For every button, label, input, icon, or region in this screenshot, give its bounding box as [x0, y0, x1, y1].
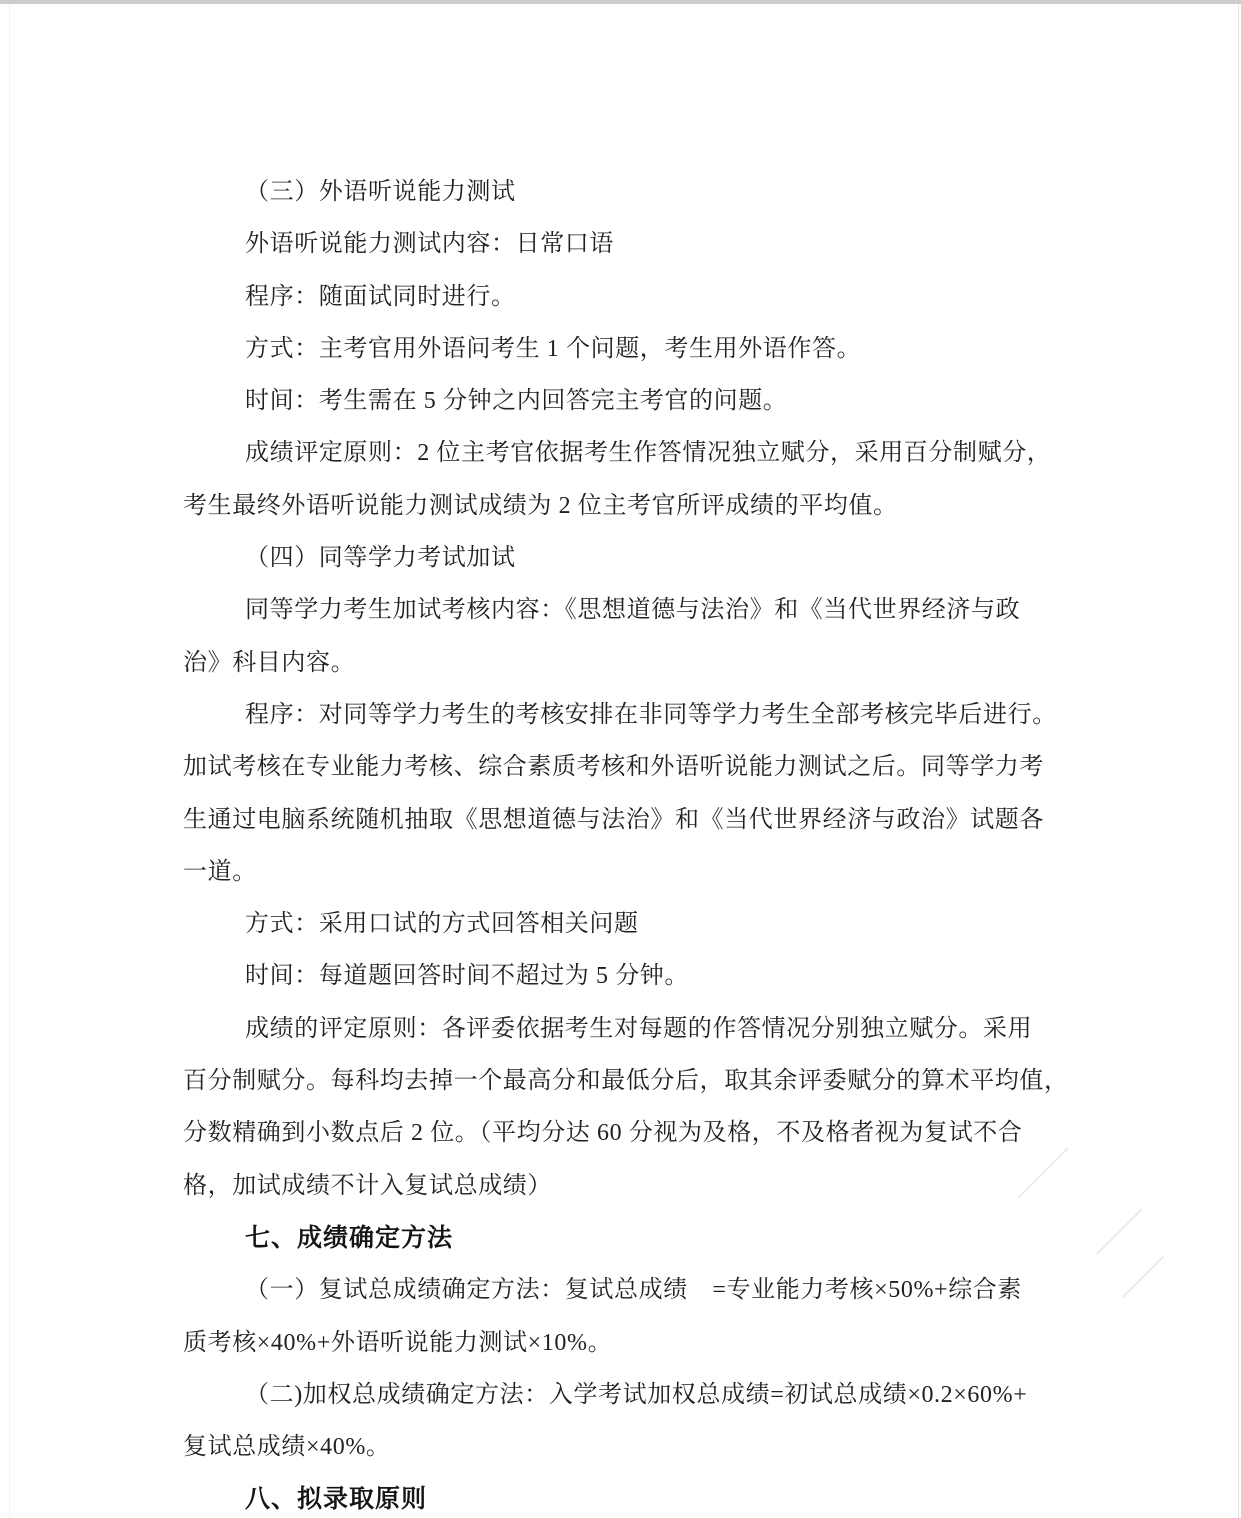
page-top-edge — [0, 0, 1241, 4]
text-line: 方式：采用口试的方式回答相关问题 — [183, 898, 1063, 950]
text-line: 格，加试成绩不计入复试总成绩） — [183, 1160, 1063, 1212]
text-line: 成绩评定原则：2 位主考官依据考生作答情况独立赋分，采用百分制赋分， — [183, 427, 1063, 479]
text-line: 质考核×40%+外语听说能力测试×10%。 — [183, 1317, 1063, 1369]
text-line: 生通过电脑系统随机抽取《思想道德与法治》和《当代世界经济与政治》试题各 — [183, 794, 1063, 846]
text-line: 考生最终外语听说能力测试成绩为 2 位主考官所评成绩的平均值。 — [183, 480, 1063, 532]
text-line: 百分制赋分。每科均去掉一个最高分和最低分后，取其余评委赋分的算术平均值， — [183, 1055, 1063, 1107]
page-right-edge — [1238, 4, 1239, 1518]
subsection-3-heading: （三）外语听说能力测试 — [183, 166, 1063, 218]
page-left-edge — [9, 4, 10, 1518]
text-line: 一道。 — [183, 846, 1063, 898]
text-line: （二)加权总成绩确定方法：入学考试加权总成绩=初试总成绩×0.2×60%+ — [183, 1369, 1063, 1421]
text-line: 成绩的评定原则：各评委依据考生对每题的作答情况分别独立赋分。采用 — [183, 1003, 1063, 1055]
text-line: 复试总成绩×40%。 — [183, 1421, 1063, 1473]
text-line: 时间：考生需在 5 分钟之内回答完主考官的问题。 — [183, 375, 1063, 427]
document-body: （三）外语听说能力测试 外语听说能力测试内容：日常口语 程序：随面试同时进行。 … — [183, 166, 1063, 1518]
text-line: 时间：每道题回答时间不超过为 5 分钟。 — [183, 950, 1063, 1002]
text-line: （一）复试总成绩确定方法：复试总成绩 =专业能力考核×50%+综合素 — [183, 1264, 1063, 1316]
text-line: 程序：随面试同时进行。 — [183, 271, 1063, 323]
text-line: 外语听说能力测试内容：日常口语 — [183, 218, 1063, 270]
text-line: 方式：主考官用外语问考生 1 个问题，考生用外语作答。 — [183, 323, 1063, 375]
document-page: （三）外语听说能力测试 外语听说能力测试内容：日常口语 程序：随面试同时进行。 … — [0, 0, 1241, 1518]
text-line: 分数精确到小数点后 2 位。（平均分达 60 分视为及格，不及格者视为复试不合 — [183, 1107, 1063, 1159]
text-line: 加试考核在专业能力考核、综合素质考核和外语听说能力测试之后。同等学力考 — [183, 741, 1063, 793]
section-8-heading: 八、拟录取原则 — [183, 1473, 1063, 1518]
watermark-stroke — [1096, 1209, 1143, 1256]
text-line: 同等学力考生加试考核内容：《思想道德与法治》和《当代世界经济与政 — [183, 584, 1063, 636]
section-7-heading: 七、成绩确定方法 — [183, 1212, 1063, 1264]
subsection-4-heading: （四）同等学力考试加试 — [183, 532, 1063, 584]
watermark-stroke — [1122, 1256, 1164, 1298]
text-line: 程序：对同等学力考生的考核安排在非同等学力考生全部考核完毕后进行。 — [183, 689, 1063, 741]
text-line: 治》科目内容。 — [183, 637, 1063, 689]
